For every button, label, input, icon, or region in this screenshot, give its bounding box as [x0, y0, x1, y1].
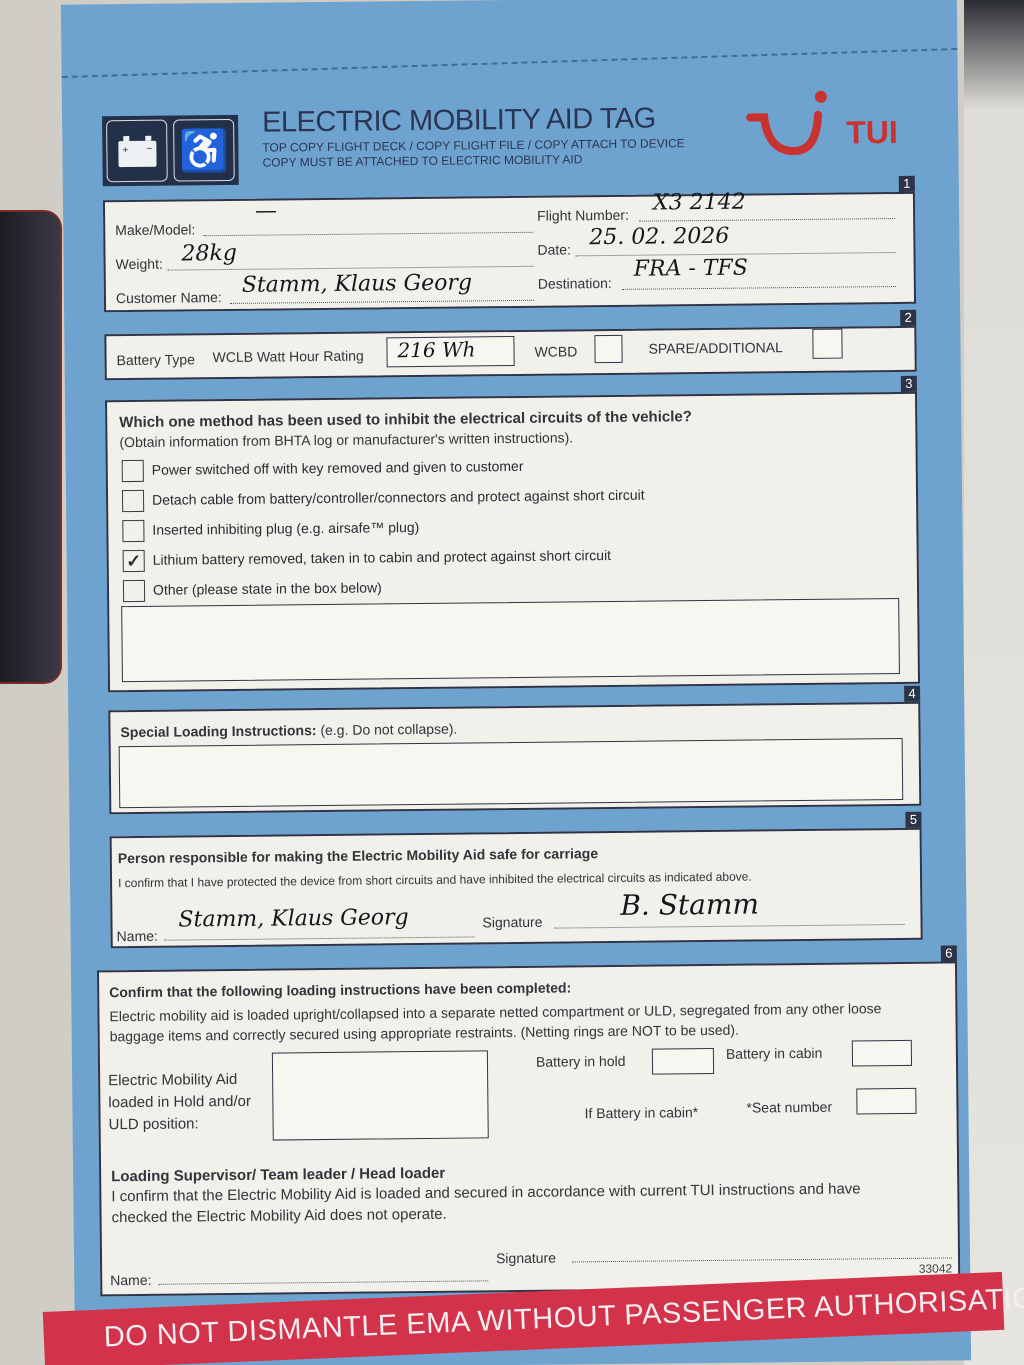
perforation-line: [62, 48, 958, 78]
inhibit-question: Which one method has been used to inhibi…: [119, 408, 692, 431]
section-number: 6: [941, 945, 957, 961]
destination-line: [622, 286, 896, 290]
section-number: 4: [904, 686, 920, 702]
signature-line: [555, 924, 905, 929]
flight-number-line: [639, 218, 895, 222]
option-label: Other (please state in the box below): [153, 579, 382, 597]
option-checkbox[interactable]: [122, 520, 144, 542]
form-title: ELECTRIC MOBILITY AID TAG: [262, 103, 656, 140]
special-loading-note: (e.g. Do not collapse).: [320, 721, 457, 738]
section-6-loading-confirmation: 6 Confirm that the following loading ins…: [97, 961, 960, 1296]
ema-position-field[interactable]: [272, 1050, 489, 1140]
section-number: 2: [900, 310, 916, 326]
ema-position-label: Electric Mobility Aid loaded in Hold and…: [108, 1069, 269, 1137]
form-subtitle: TOP COPY FLIGHT DECK / COPY FLIGHT FILE …: [262, 136, 685, 170]
wclb-label: WCLB Watt Hour Rating: [212, 348, 363, 366]
section-number: 1: [899, 176, 915, 192]
wclb-rating-value: 216 Wh: [397, 337, 475, 362]
supervisor-signature-line[interactable]: [572, 1257, 952, 1262]
destination-label: Destination:: [538, 275, 612, 292]
section-number: 5: [905, 812, 921, 828]
tui-smile-icon: [746, 89, 837, 165]
battery-hold-checkbox[interactable]: [652, 1048, 714, 1075]
supervisor-signature-label: Signature: [496, 1250, 556, 1267]
make-model-field[interactable]: —: [255, 198, 277, 223]
option-checkbox[interactable]: [122, 490, 144, 512]
desk-surface: [964, 0, 1024, 1365]
spare-checkbox[interactable]: [812, 329, 842, 359]
inhibit-note: (Obtain information from BHTA log or man…: [119, 429, 573, 450]
svg-text:−: −: [146, 144, 152, 155]
battery-hold-label: Battery in hold: [536, 1053, 626, 1070]
special-loading-field[interactable]: [119, 738, 904, 808]
supervisor-title: Loading Supervisor/ Team leader / Head l…: [111, 1165, 445, 1185]
battery-icon: +−: [106, 120, 168, 183]
seat-number-field[interactable]: [856, 1088, 916, 1115]
other-method-field[interactable]: [121, 598, 900, 682]
section-number: 3: [901, 376, 917, 392]
name-label: Name:: [117, 928, 158, 944]
seat-number-label: *Seat number: [746, 1099, 832, 1116]
subtitle-line-2: COPY MUST BE ATTACHED TO ELECTRIC MOBILI…: [262, 151, 684, 170]
phone-edge: [0, 210, 62, 684]
loading-confirm-text: Electric mobility aid is loaded upright/…: [109, 998, 909, 1046]
option-label: Detach cable from battery/controller/con…: [152, 487, 645, 508]
section-1-details: 1 Make/Model: — Weight: 28kg Customer Na…: [103, 192, 916, 312]
header-icons: +− ♿: [102, 115, 239, 186]
signature-label: Signature: [482, 914, 542, 931]
supervisor-confirm: I confirm that the Electric Mobility Aid…: [111, 1178, 901, 1228]
wheelchair-icon: ♿: [173, 119, 235, 182]
make-model-line: [203, 232, 533, 236]
weight-label: Weight:: [116, 256, 163, 272]
section-5-person-responsible: 5 Person responsible for making the Elec…: [110, 828, 923, 948]
option-checkbox[interactable]: [122, 460, 144, 482]
person-responsible-title: Person responsible for making the Electr…: [118, 845, 598, 866]
svg-text:+: +: [122, 145, 128, 156]
if-battery-cabin-label: If Battery in cabin*: [584, 1104, 698, 1121]
flight-number-field[interactable]: X3 2142: [653, 190, 746, 216]
supervisor-name-line[interactable]: [158, 1280, 488, 1284]
flight-number-label: Flight Number:: [537, 207, 629, 224]
option-checkbox-checked[interactable]: ✓: [123, 550, 145, 572]
weight-line: [168, 266, 534, 271]
special-loading-label: Special Loading Instructions: (e.g. Do n…: [120, 721, 457, 741]
option-label: Inserted inhibiting plug (e.g. airsafe™ …: [152, 519, 419, 538]
name-line: [165, 936, 475, 940]
responsible-name-field[interactable]: Stamm, Klaus Georg: [178, 905, 408, 932]
customer-name-line: [230, 300, 534, 304]
weight-field[interactable]: 28kg: [181, 241, 237, 267]
customer-name-label: Customer Name:: [116, 289, 222, 306]
date-field[interactable]: 25. 02. 2026: [589, 224, 729, 250]
customer-name-field[interactable]: Stamm, Klaus Georg: [242, 270, 472, 297]
date-label: Date:: [537, 241, 571, 257]
responsible-signature-field[interactable]: B. Stamm: [620, 887, 759, 921]
special-loading-title: Special Loading Instructions:: [120, 722, 316, 740]
section-4-special-loading: 4 Special Loading Instructions: (e.g. Do…: [108, 702, 921, 814]
option-checkbox[interactable]: [123, 580, 145, 602]
loading-confirm-title: Confirm that the following loading instr…: [109, 979, 571, 1000]
tui-logo-text: TUI: [846, 114, 898, 152]
ema-tag-form: +− ♿ ELECTRIC MOBILITY AID TAG TOP COPY …: [61, 0, 971, 1365]
destination-field[interactable]: FRA - TFS: [634, 256, 748, 282]
option-label: Power switched off with key removed and …: [152, 458, 524, 478]
make-model-label: Make/Model:: [115, 221, 195, 238]
battery-cabin-label: Battery in cabin: [726, 1045, 823, 1062]
wcbd-label: WCBD: [534, 343, 577, 359]
wcbd-checkbox[interactable]: [594, 335, 622, 363]
wclb-rating-field[interactable]: 216 Wh: [386, 336, 514, 367]
section-3-inhibit-method: 3 Which one method has been used to inhi…: [105, 392, 920, 692]
section-2-battery: 2 Battery Type WCLB Watt Hour Rating 216…: [104, 326, 916, 381]
battery-type-label: Battery Type: [117, 351, 196, 368]
person-responsible-confirm: I confirm that I have protected the devi…: [118, 870, 752, 891]
option-label: Lithium battery removed, taken in to cab…: [153, 547, 612, 568]
supervisor-name-label: Name:: [110, 1272, 151, 1288]
battery-cabin-checkbox[interactable]: [852, 1040, 912, 1067]
spare-label: SPARE/ADDITIONAL: [648, 339, 782, 356]
